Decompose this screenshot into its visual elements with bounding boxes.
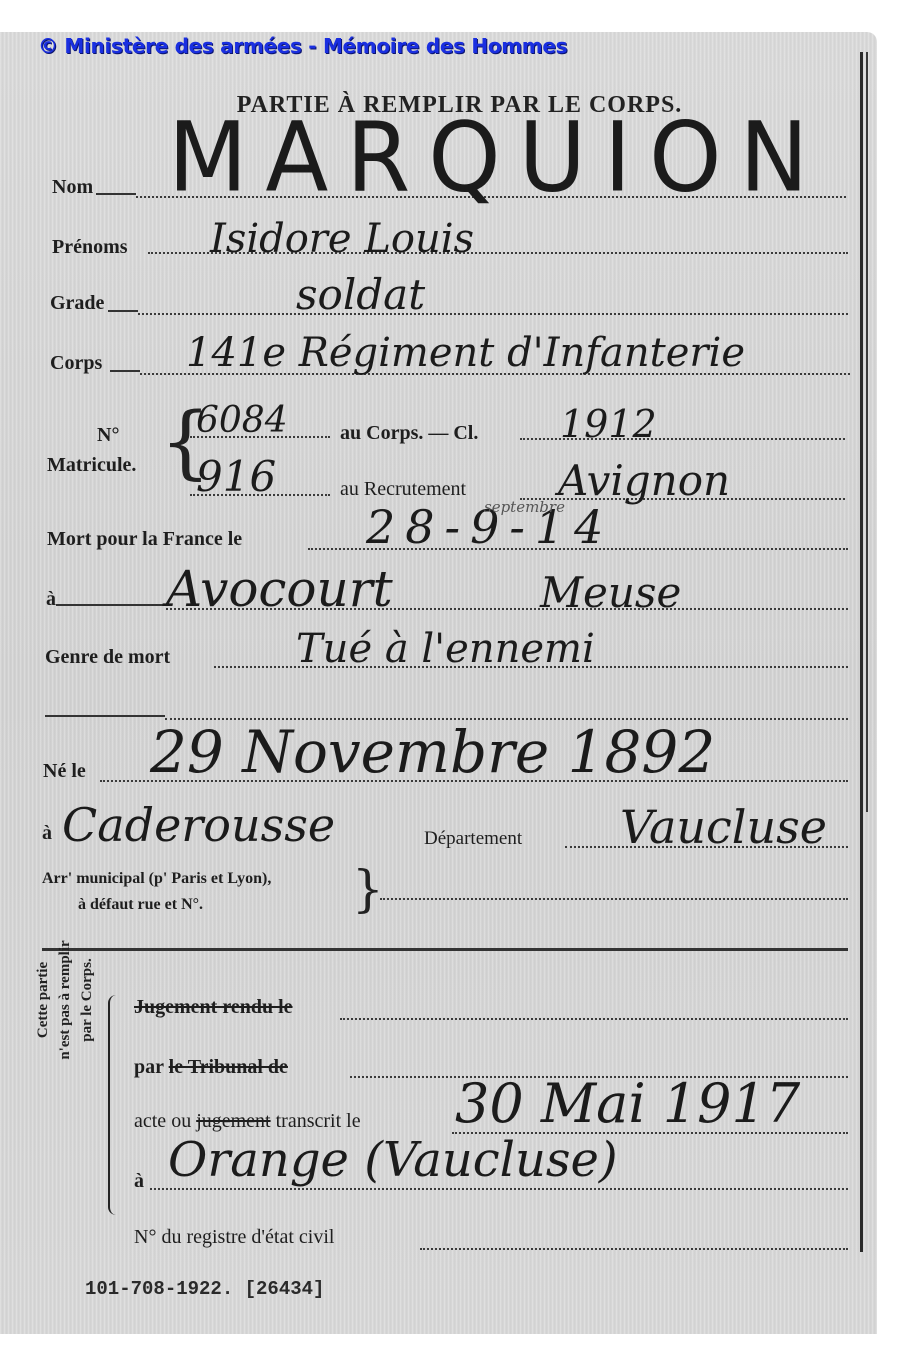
corps-value: 141e Régiment d'Infanterie	[186, 330, 745, 376]
transcription-lieu-label: à	[134, 1170, 144, 1193]
card-border	[866, 52, 868, 812]
arrondissement-line	[380, 898, 848, 900]
recrutement-number-value: 916	[196, 452, 276, 501]
tribunal-label-plain: par	[134, 1056, 164, 1078]
naissance-date-label: Né le	[43, 760, 86, 783]
classe-value: 1912	[560, 402, 657, 446]
corps-number-value: 6084	[196, 400, 288, 441]
corps-label: Corps	[50, 352, 102, 375]
jugement-rendu-line	[340, 1018, 848, 1020]
mort-departement-value: Meuse	[540, 568, 681, 617]
registre-line	[420, 1248, 848, 1250]
form-reference: 101-708-1922. [26434]	[85, 1278, 324, 1300]
rule	[110, 370, 140, 372]
mort-lieu-value: Avocourt	[166, 560, 393, 618]
arrondissement-label-1: Arr' municipal (p' Paris et Lyon),	[42, 870, 271, 888]
genre-mort-label: Genre de mort	[45, 646, 170, 669]
matricule-label-1: N°	[97, 424, 119, 447]
rule	[96, 193, 136, 195]
nom-label: Nom	[52, 176, 93, 199]
side-note: Cette partie n'est pas à remplir par le …	[32, 900, 98, 1100]
side-note-line: Cette partie	[32, 900, 54, 1100]
arrondissement-brace: }	[352, 860, 384, 918]
naissance-lieu-label: à	[42, 822, 52, 845]
mort-lieu-label: à	[46, 588, 56, 611]
prenoms-value: Isidore Louis	[210, 216, 474, 262]
au-recrutement-label: au Recrutement	[340, 478, 466, 501]
au-corps-label: au Corps. — Cl.	[340, 422, 478, 445]
acte-label-2: transcrit le	[276, 1110, 361, 1132]
departement-value: Vaucluse	[620, 800, 827, 854]
registre-label: N° du registre d'état civil	[134, 1226, 334, 1249]
mort-date-annotation: septembre	[484, 498, 565, 516]
grade-label: Grade	[50, 292, 104, 315]
acte-label: acte ou jugement transcrit le	[134, 1110, 361, 1133]
grade-value: soldat	[296, 270, 425, 319]
naissance-date-value: 29 Novembre 1892	[150, 718, 715, 786]
tribunal-label-struck: le Tribunal de	[169, 1056, 288, 1078]
rule	[108, 310, 138, 312]
prenoms-label: Prénoms	[52, 236, 128, 259]
rule	[56, 604, 166, 606]
genre-mort-value: Tué à l'ennemi	[296, 626, 595, 672]
nom-value: MARQUION	[168, 101, 826, 213]
tribunal-label: par le Tribunal de	[134, 1056, 288, 1079]
side-note-line: par le Corps.	[76, 900, 98, 1100]
side-note-line: n'est pas à remplir	[54, 900, 76, 1100]
mort-date-label: Mort pour la France le	[47, 528, 242, 551]
acte-label-struck: jugement	[196, 1110, 270, 1132]
naissance-lieu-value: Caderousse	[62, 798, 335, 852]
transcription-lieu-value: Orange (Vaucluse)	[168, 1132, 618, 1188]
copyright-watermark: © Ministère des armées - Mémoire des Hom…	[38, 34, 567, 58]
card-border	[860, 52, 863, 1252]
matricule-label-2: Matricule.	[47, 454, 136, 477]
recrutement-place-value: Avignon	[558, 456, 730, 505]
acte-value: 30 Mai 1917	[455, 1072, 800, 1135]
side-brace	[108, 995, 120, 1215]
grade-line	[138, 313, 848, 315]
transcription-lieu-line	[150, 1188, 848, 1190]
section-divider	[42, 948, 848, 951]
departement-label: Département	[424, 828, 522, 850]
acte-label-1: acte ou	[134, 1110, 191, 1132]
jugement-rendu-label: Jugement rendu le	[134, 996, 293, 1019]
rule	[45, 715, 165, 717]
